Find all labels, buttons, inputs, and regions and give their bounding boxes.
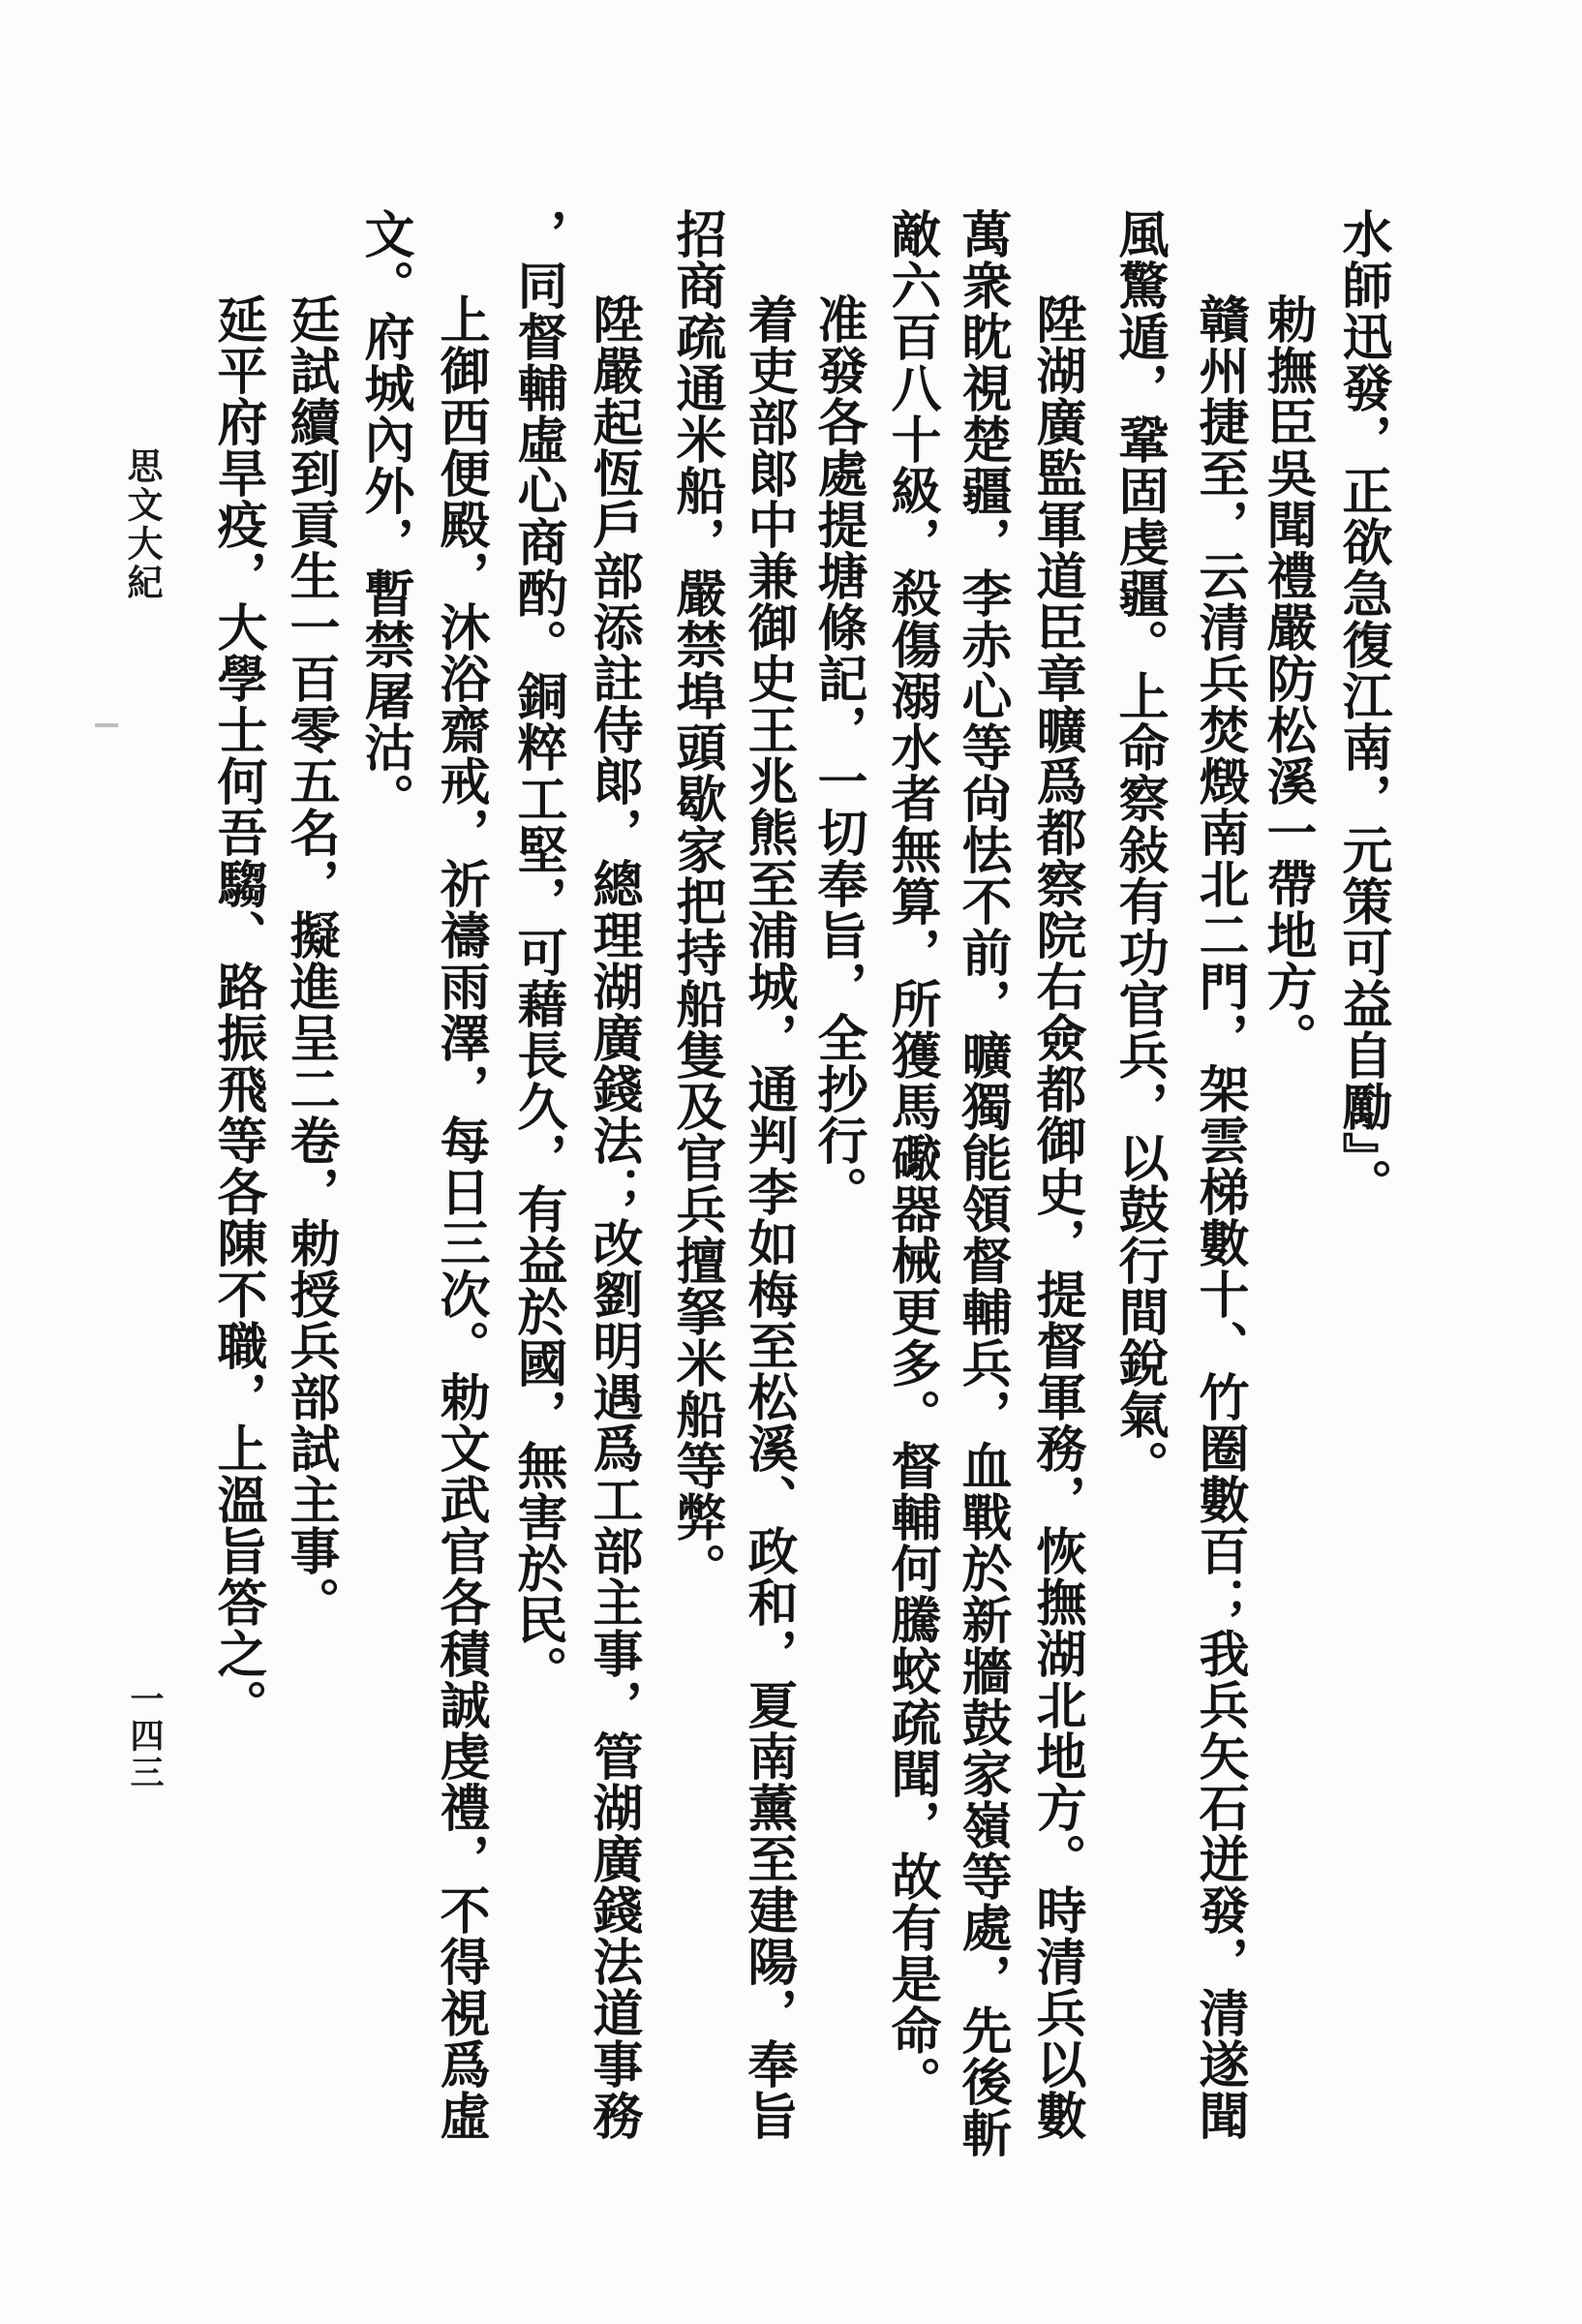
text-column: 風驚遁，鞏固虔疆。上命察敍有功官兵，以鼓行間銳氣。 (1110, 208, 1167, 2232)
text-column: ，同督輔虛心商酌。銅粹工堅，可藉長久，有益於國，無害於民。 (509, 208, 565, 2232)
text-column: 萬衆眈視楚疆，李赤心等尙怯不前，曠獨能領督輔兵，血戰於新牆鼓家嶺等處，先後斬 (954, 208, 1010, 2232)
scan-artifact (95, 723, 118, 727)
text-column: 准發各處提塘條記，一切奉旨，全抄行。 (809, 293, 866, 2230)
text-column: 招商疏通米船，嚴禁埠頭歇家把持船隻及官兵擅拏米船等弊。 (668, 208, 724, 2232)
text-column: 延平府旱疫，大學士何吾騶、路振飛等各陳不職，上溫旨答之。 (209, 293, 265, 2230)
text-column: 陞湖廣監軍道臣章曠爲都察院右僉都御史，提督軍務，恢撫湖北地方。時清兵以數 (1028, 293, 1084, 2230)
text-column: 着吏部郞中兼御史王兆熊至浦城，通判李如梅至松溪、政和，夏南薰至建陽，奉旨 (740, 293, 796, 2230)
scanned-book-page: 思文大紀 一四三 水師迅發，正欲急復江南，元策可益自勵』。勅撫臣吳聞禮嚴防松溪一… (0, 0, 1582, 2324)
text-column: 敵六百八十級，殺傷溺水者無算，所獲馬礮器械更多。督輔何騰蛟疏聞，故有是命。 (883, 208, 939, 2232)
text-column: 上御西便殿，沐浴齋戒，祈禱雨澤，每日三次。勅文武官各積誠虔禮，不得視爲虛 (432, 293, 488, 2230)
book-title: 思文大紀 (116, 447, 168, 602)
text-column: 水師迅發，正欲急復江南，元策可益自勵』。 (1334, 208, 1390, 2232)
text-column: 陞嚴起恆戶部添註侍郞，總理湖廣錢法；改劉明遇爲工部主事，管湖廣錢法道事務 (585, 293, 641, 2230)
text-column: 文。府城內外，暫禁屠沽。 (356, 208, 412, 2232)
scan-artifact (1354, 627, 1367, 630)
text-column: 廷試續到貢生一百零五名，擬進呈二卷，勅授兵部試主事。 (282, 293, 338, 2230)
text-column: 勅撫臣吳聞禮嚴防松溪一帶地方。 (1259, 293, 1315, 2230)
text-column: 贛州捷至，云清兵焚燬南北二門，架雲梯數十、竹圈數百；我兵矢石迸發，清遂聞 (1191, 293, 1247, 2230)
page-number: 一四三 (120, 1681, 168, 1791)
